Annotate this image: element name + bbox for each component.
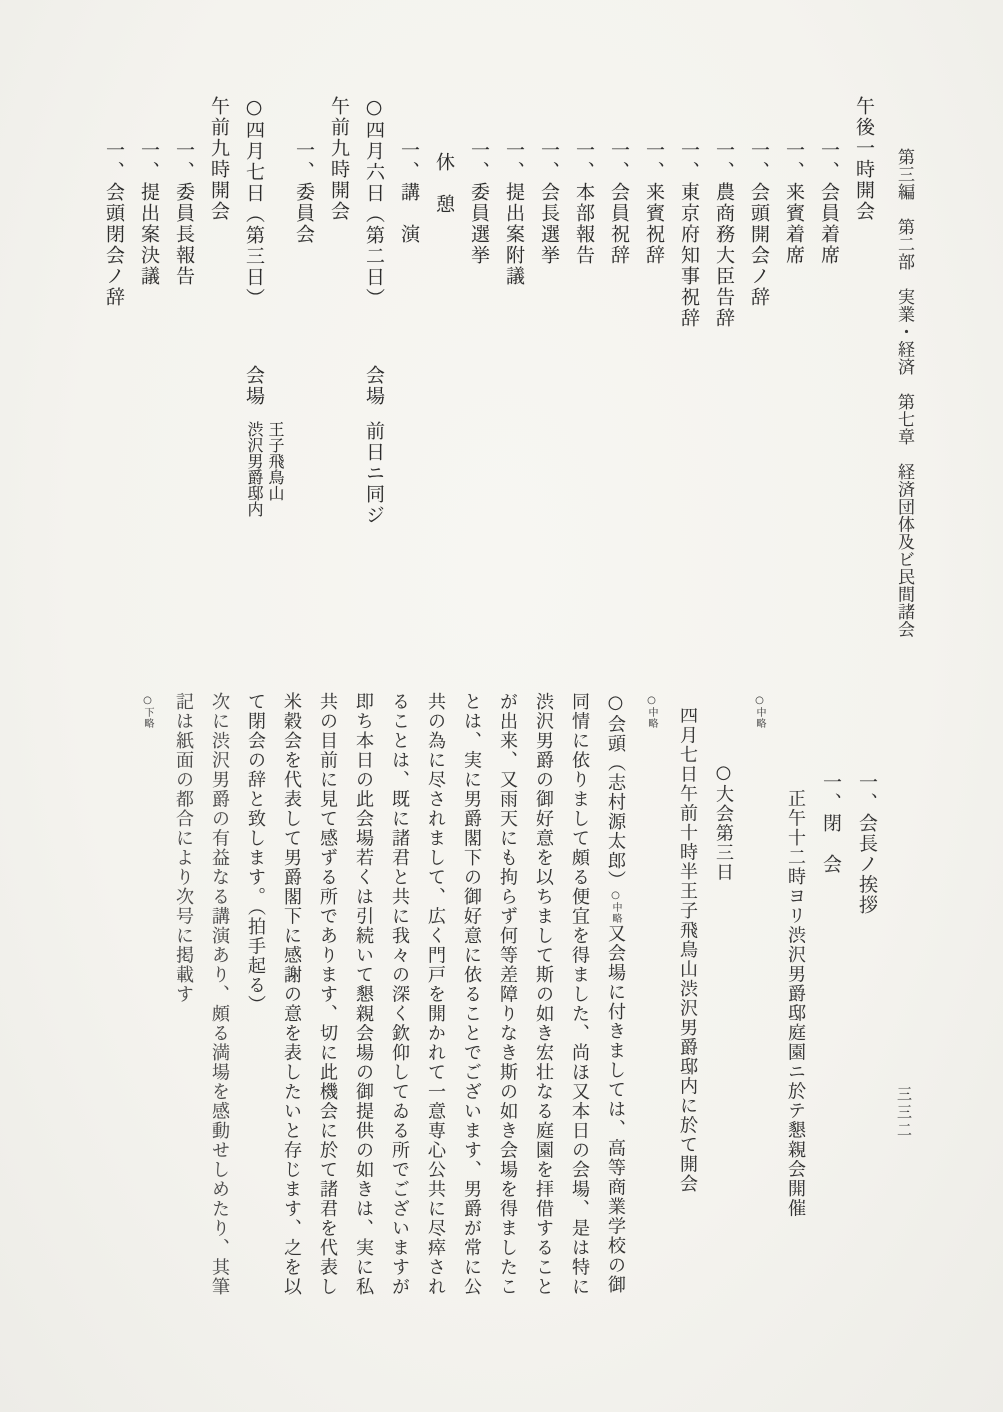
speech-line: て閉会の辞と致します。（拍手起る） <box>237 692 273 1322</box>
afternoon-opening-time: 午後一時開会 <box>846 88 881 661</box>
omission-marker: ○中略 <box>741 692 777 1325</box>
agenda-item: 一、会頭閉会ノ辞 <box>96 88 131 705</box>
agenda-item: 一、委員会 <box>286 88 321 705</box>
speech-line: 米穀会を代表して男爵閣下に感謝の意を表したいと存じます、之を以 <box>273 692 309 1322</box>
agenda-item: 一、委員長報告 <box>166 88 201 705</box>
day2-venue: 前日ニ同ジ <box>363 421 385 526</box>
agenda-item: 一、来賓祝辞 <box>636 88 671 705</box>
day3-venue-line: 王子飛鳥山 <box>265 421 286 517</box>
speech-line: が出来、又雨天にも拘らず何等差障りなき斯の如き会場を得ましたこ <box>489 692 525 1322</box>
session-opening-line: 四月七日午前十時半王子飛鳥山渋沢男爵邸内に於て開会 <box>669 692 705 1336</box>
day2-date-column: ○四月六日（第二日）会場前日ニ同ジ <box>356 88 391 661</box>
day3-opening-time: 午前九時開会 <box>201 88 236 661</box>
day3-venue: 王子飛鳥山渋沢男爵邸内 <box>244 421 286 517</box>
scanned-document-page: 第三編 第二部 実業・経済 第七章 経済団体及ビ民間諸会 午後一時開会 一、会員… <box>0 0 1003 1412</box>
page-number: 三三二 <box>894 1086 915 1140</box>
speech-text: 又会場に付きましては、高等商業学校の御 <box>605 924 626 1295</box>
agenda-item: 一、会長選挙 <box>531 88 566 705</box>
editor-note-line: 次に渋沢男爵の有益なる講演あり、頗る満場を感動せしめたり、其筆 <box>201 692 237 1322</box>
speech-line: ることは、既に諸君と共に我々の深く欽仰してゐる所でございますが <box>381 692 417 1322</box>
agenda-item: 一、委員選挙 <box>461 88 496 705</box>
program-section: 第三編 第二部 実業・経済 第七章 経済団体及ビ民間諸会 午後一時開会 一、会員… <box>96 88 921 653</box>
day3-date: ○四月七日（第三日） <box>243 96 265 309</box>
speech-line: ○会頭（志村源太郎）○中略又会場に付きましては、高等商業学校の御 <box>597 692 633 1322</box>
agenda-item: 一、東京府知事祝辞 <box>671 88 706 705</box>
agenda-item: 一、農商務大臣告辞 <box>706 88 741 705</box>
recess-item: 休 憩 <box>426 88 461 717</box>
day3-venue-line: 渋沢男爵邸内 <box>244 421 265 517</box>
agenda-item: 一、会長ノ挨拶 <box>849 692 885 1402</box>
venue-label: 会場 <box>363 365 385 407</box>
edition-header: 第三編 第二部 実業・経済 第七章 経済団体及ビ民間諸会 <box>886 88 921 713</box>
omission-marker: ○下略 <box>129 692 165 1325</box>
agenda-item: 一、会員着席 <box>811 88 846 705</box>
speech-line: 即ち本日の此会場若くは引続いて懇親会場の御提供の如きは、実に私 <box>345 692 381 1322</box>
agenda-item: 一、会員祝辞 <box>601 88 636 705</box>
speech-line: 同情に依りまして頗る便宜を得ました、尚ほ又本日の会場、是は特に <box>561 692 597 1322</box>
agenda-item: 一、会頭開会ノ辞 <box>741 88 776 705</box>
speech-line: 共の為に尽されまして、広く門戸を開かれて一意専心公共に尽瘁され <box>417 692 453 1322</box>
agenda-item: 一、本部報告 <box>566 88 601 705</box>
omission-marker: ○中略 <box>610 890 621 924</box>
day2-opening-time: 午前九時開会 <box>321 88 356 661</box>
agenda-item: 一、講 演 <box>391 88 426 705</box>
editor-note-line: 記は紙面の都合により次号に掲載す <box>165 692 201 1322</box>
minutes-section: 一、会長ノ挨拶 一、閉 会 正午十二時ヨリ渋沢男爵邸庭園ニ於テ懇親会開催 ○中略… <box>129 692 885 1322</box>
day2-date: ○四月六日（第二日） <box>363 96 385 309</box>
agenda-item: 一、閉 会 <box>813 692 849 1402</box>
day3-date-column: ○四月七日（第三日）会場王子飛鳥山渋沢男爵邸内 <box>236 88 286 661</box>
speaker-name: ○会頭（志村源太郎） <box>605 692 626 890</box>
speech-line: 共の目前に見て感ずる所であります、切に此機会に於て諸君を代表し <box>309 692 345 1322</box>
section-heading: ○大会第三日 <box>705 692 741 1392</box>
agenda-item: 一、来賓着席 <box>776 88 811 705</box>
omission-marker: ○中略 <box>633 692 669 1325</box>
agenda-item: 一、提出案附議 <box>496 88 531 705</box>
banquet-note: 正午十二時ヨリ渋沢男爵邸庭園ニ於テ懇親会開催 <box>777 692 813 1412</box>
agenda-item: 一、提出案決議 <box>131 88 166 705</box>
venue-label: 会場 <box>243 365 265 407</box>
speech-line: とは、実に男爵閣下の御好意に依ることでございます、男爵が常に公 <box>453 692 489 1322</box>
speech-line: 渋沢男爵の御好意を以ちまして斯の如き宏壮なる庭園を拝借すること <box>525 692 561 1322</box>
